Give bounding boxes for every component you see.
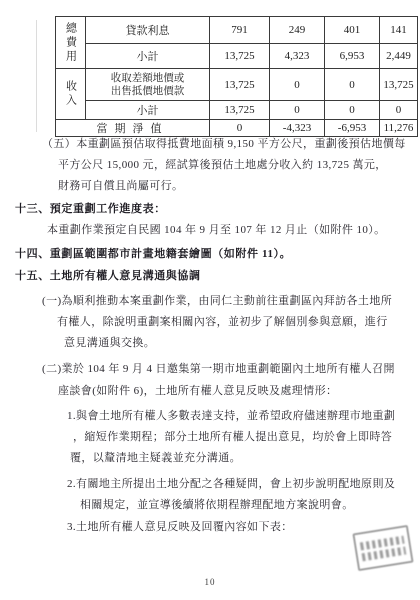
table-value-cell: 13,725 bbox=[210, 44, 270, 69]
document-page: 總費用 貸款利息 791 249 401 141 小計 13,725 4,323… bbox=[0, 0, 420, 600]
group-label-total-cost: 總費用 bbox=[56, 17, 86, 69]
para-1-line1: (一)為順利推動本案重劃作業，由同仁主動前往重劃區內拜訪各土地所 bbox=[42, 294, 392, 309]
para-5-line1: （五）本重劃區預估取得抵費地面積 9,150 平方公尺，重劃後預估地價每 bbox=[42, 137, 406, 152]
table-value-cell: 791 bbox=[210, 17, 270, 44]
page-number: 10 bbox=[0, 577, 420, 587]
table-value-cell: 0 bbox=[210, 120, 270, 137]
table-value-cell: -4,323 bbox=[270, 120, 325, 137]
table-value-cell: 0 bbox=[325, 101, 380, 120]
table-value-cell: 0 bbox=[325, 69, 380, 101]
finance-summary-table: 總費用 貸款利息 791 249 401 141 小計 13,725 4,323… bbox=[55, 16, 418, 137]
table-value-cell: 249 bbox=[270, 17, 325, 44]
official-received-stamp-icon bbox=[352, 525, 413, 571]
section-15-heading: 十五、土地所有權人意見溝通與協調 bbox=[15, 269, 201, 284]
para-1-line2: 有權人，除說明重劃案相關內容，並初步了解個別參與意願，進行 bbox=[57, 315, 388, 330]
item-3-line1: 3.土地所有權人意見反映及回覆內容如下表： bbox=[67, 520, 293, 535]
row-label-subtotal-income: 小計 bbox=[86, 101, 210, 120]
item-2-line1: 2.有關地主所提出土地分配之各種疑問，會上初步說明配地原則及 bbox=[67, 477, 395, 492]
table-value-cell: -6,953 bbox=[325, 120, 380, 137]
row-label-subtotal-cost: 小計 bbox=[86, 44, 210, 69]
para-5-line2: 平方公尺 15,000 元，經試算後預估土地處分收入約 13,725 萬元， bbox=[58, 158, 387, 173]
para-2-line1: (二)業於 104 年 9 月 4 日邀集第一期市地重劃範圍內土地所有權人召開 bbox=[42, 362, 395, 377]
item-2-line2: 相關規定，並宣導後續將依期程辦理配地方案說明會。 bbox=[80, 498, 354, 513]
group-label-income: 收入 bbox=[56, 69, 86, 120]
table-value-cell: 141 bbox=[380, 17, 418, 44]
table-value-cell: 2,449 bbox=[380, 44, 418, 69]
table-value-cell: 0 bbox=[380, 101, 418, 120]
para-1-line3: 意見溝通與交換。 bbox=[64, 336, 155, 351]
section-13-body: 本重劃作業預定自民國 104 年 9 月至 107 年 12 月止（如附件 10… bbox=[47, 223, 386, 238]
row-label-loan-interest: 貸款利息 bbox=[86, 17, 210, 44]
row-label-line1: 收取差額地價或 bbox=[86, 72, 209, 85]
row-label-line2: 出售抵價地價款 bbox=[86, 85, 209, 98]
section-14-heading: 十四、重劃區範圍都市計畫地籍套繪圖（如附件 11）。 bbox=[15, 247, 291, 262]
section-13-heading: 十三、預定重劃工作進度表： bbox=[15, 202, 166, 217]
row-label-net-value: 當期淨值 bbox=[56, 120, 210, 137]
table-value-cell: 13,725 bbox=[210, 69, 270, 101]
table-value-cell: 0 bbox=[270, 69, 325, 101]
item-1-line2: ，縮短作業期程；部分土地所有權人提出意見，均於會上即時答 bbox=[73, 430, 392, 445]
scan-artifact-line bbox=[36, 20, 37, 132]
item-1-line1: 1.與會土地所有權人多數表達支持，並希望政府儘速辦理市地重劃 bbox=[67, 409, 395, 424]
table-value-cell: 401 bbox=[325, 17, 380, 44]
table-value-cell: 13,725 bbox=[210, 101, 270, 120]
table-value-cell: 4,323 bbox=[270, 44, 325, 69]
item-1-line3: 覆，以釐清地主疑義並充分溝通。 bbox=[70, 451, 241, 466]
table-value-cell: 0 bbox=[270, 101, 325, 120]
para-2-line2: 座談會(如附件 6)，土地所有權人意見反映及處理情形： bbox=[58, 384, 337, 399]
table-value-cell: 11,276 bbox=[380, 120, 418, 137]
para-5-line3: 財務可自償且尚屬可行。 bbox=[58, 179, 183, 194]
table-value-cell: 13,725 bbox=[380, 69, 418, 101]
row-label-land-price-proceeds: 收取差額地價或 出售抵價地價款 bbox=[86, 69, 210, 101]
table-value-cell: 6,953 bbox=[325, 44, 380, 69]
